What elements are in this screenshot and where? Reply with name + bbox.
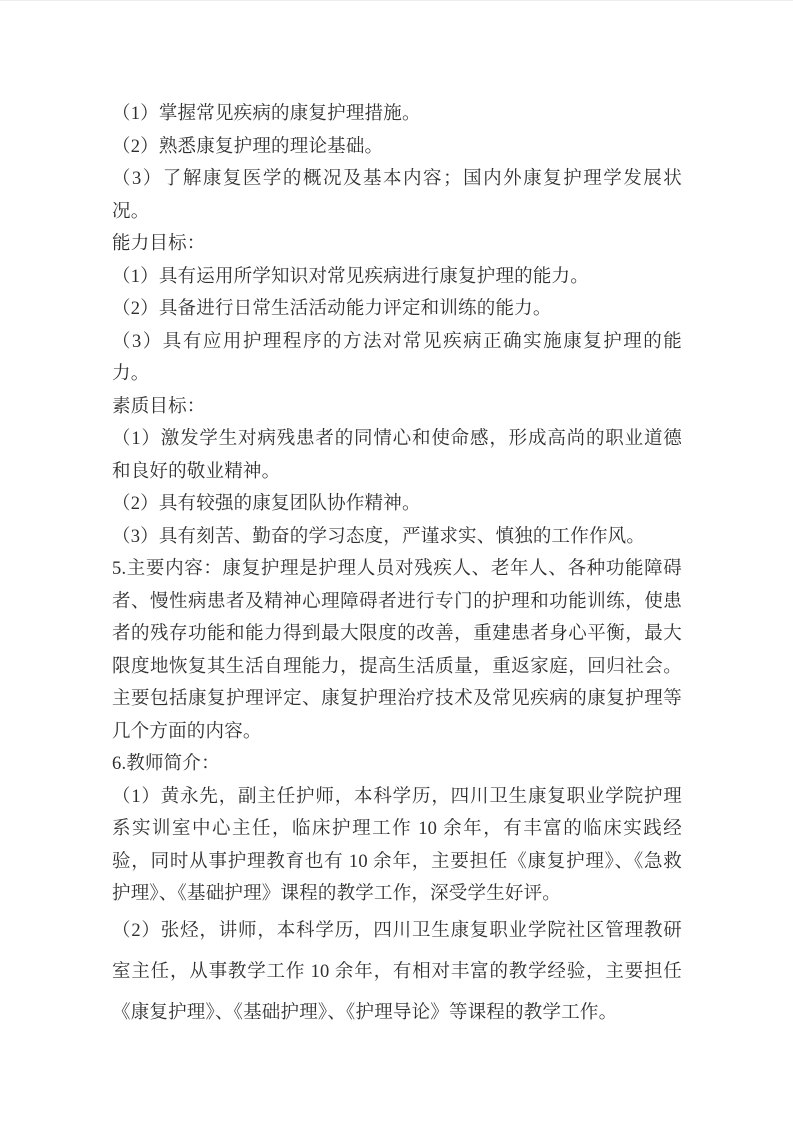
document-body: （1）掌握常见疾病的康复护理措施。（2）熟悉康复护理的理论基础。（3）了解康复医… (112, 98, 682, 1034)
paragraph: 5.主要内容：康复护理是护理人员对残疾人、老年人、各种功能障碍者、慢性病患者及精… (112, 553, 682, 748)
paragraph: （2）具备进行日常生活活动能力评定和训练的能力。 (112, 293, 682, 326)
document-page: （1）掌握常见疾病的康复护理措施。（2）熟悉康复护理的理论基础。（3）了解康复医… (0, 0, 793, 1122)
paragraph: （3）具有应用护理程序的方法对常见疾病正确实施康复护理的能力。 (112, 326, 682, 391)
paragraph: （1）掌握常见疾病的康复护理措施。 (112, 98, 682, 131)
paragraph: （1）黄永先，副主任护师，本科学历，四川卫生康复职业学院护理系实训室中心主任，临… (112, 781, 682, 911)
paragraph: （1）具有运用所学知识对常见疾病进行康复护理的能力。 (112, 261, 682, 294)
paragraph: （2）具有较强的康复团队协作精神。 (112, 488, 682, 521)
paragraph: （2）张烃，讲师，本科学历，四川卫生康复职业学院社区管理教研室主任，从事教学工作… (112, 911, 682, 1034)
paragraph: 6.教师简介： (112, 748, 682, 781)
paragraph: （2）熟悉康复护理的理论基础。 (112, 131, 682, 164)
paragraph: （3）具有刻苦、勤奋的学习态度，严谨求实、慎独的工作作风。 (112, 521, 682, 554)
paragraph: 素质目标： (112, 391, 682, 424)
paragraph: 能力目标： (112, 228, 682, 261)
paragraph: （3）了解康复医学的概况及基本内容；国内外康复护理学发展状况。 (112, 163, 682, 228)
paragraph: （1）激发学生对病残患者的同情心和使命感，形成高尚的职业道德和良好的敬业精神。 (112, 423, 682, 488)
